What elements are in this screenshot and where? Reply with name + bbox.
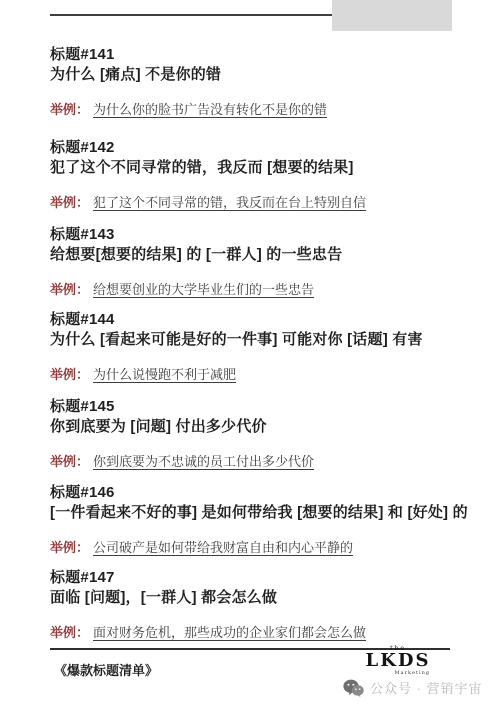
entry-number: 标题#141 [50, 45, 452, 65]
headline-entry: 标题#146 [一件看起来不好的事] 是如何带给我 [想要的结果] 和 [好处]… [50, 483, 452, 557]
footer-document-title: 《爆款标题清单》 [54, 660, 158, 679]
example-label: 举例： [50, 454, 89, 469]
example-text: 公司破产是如何带给我财富自由和内心平静的 [93, 540, 353, 555]
example-label: 举例： [50, 195, 89, 210]
headline-entry: 标题#142 犯了这个不同寻常的错，我反而 [想要的结果] 举例：犯了这个不同寻… [50, 138, 452, 212]
entry-example: 举例：给想要创业的大学毕业生们的一些忠告 [50, 280, 452, 299]
entry-number: 标题#147 [50, 568, 452, 588]
entry-title: [一件看起来不好的事] 是如何带给我 [想要的结果] 和 [好处] 的 [50, 503, 452, 523]
entry-example: 举例：为什么你的脸书广告没有转化不是你的错 [50, 100, 452, 119]
example-text: 面对财务危机，那些成功的企业家们都会怎么做 [93, 625, 366, 640]
entry-title: 面临 [问题]，[一群人] 都会怎么做 [50, 588, 452, 608]
brand-logo: the LKDS Marketing [362, 645, 434, 676]
entry-number: 标题#146 [50, 483, 452, 503]
entry-example: 举例：面对财务危机，那些成功的企业家们都会怎么做 [50, 623, 452, 642]
header-highlight-box [332, 0, 452, 31]
example-text: 犯了这个不同寻常的错，我反而在台上特别自信 [93, 195, 366, 210]
entry-title: 为什么 [痛点] 不是你的错 [50, 65, 452, 85]
entry-example: 举例：公司破产是如何带给我财富自由和内心平静的 [50, 538, 452, 557]
example-text: 给想要创业的大学毕业生们的一些忠告 [93, 282, 314, 297]
entry-example: 举例：你到底要为不忠诚的员工付出多少代价 [50, 452, 452, 471]
header-rule [50, 14, 333, 16]
entry-title: 你到底要为 [问题] 付出多少代价 [50, 417, 452, 437]
example-label: 举例： [50, 367, 89, 382]
entry-example: 举例：为什么说慢跑不利于减肥 [50, 365, 452, 384]
entry-title: 为什么 [看起来可能是好的一件事] 可能对你 [话题] 有害 [50, 330, 452, 350]
headline-entry: 标题#143 给想要[想要的结果] 的 [一群人] 的一些忠告 举例：给想要创业… [50, 225, 452, 299]
headline-entry: 标题#144 为什么 [看起来可能是好的一件事] 可能对你 [话题] 有害 举例… [50, 310, 452, 384]
headline-entry: 标题#147 面临 [问题]，[一群人] 都会怎么做 举例：面对财务危机，那些成… [50, 568, 452, 642]
example-label: 举例： [50, 102, 89, 117]
entry-title: 给想要[想要的结果] 的 [一群人] 的一些忠告 [50, 245, 452, 265]
entry-number: 标题#143 [50, 225, 452, 245]
entry-number: 标题#145 [50, 397, 452, 417]
wechat-icon [343, 679, 364, 697]
example-label: 举例： [50, 625, 89, 640]
entry-number: 标题#144 [50, 310, 452, 330]
entry-number: 标题#142 [50, 138, 452, 158]
example-label: 举例： [50, 282, 89, 297]
watermark-text: 公众号 · 营销宇宙 [370, 678, 483, 697]
example-text: 你到底要为不忠诚的员工付出多少代价 [93, 454, 314, 469]
entry-example: 举例：犯了这个不同寻常的错，我反而在台上特别自信 [50, 193, 452, 212]
example-text: 为什么你的脸书广告没有转化不是你的错 [93, 102, 327, 117]
entry-title: 犯了这个不同寻常的错，我反而 [想要的结果] [50, 158, 452, 178]
brand-logo-name: LKDS [362, 652, 434, 670]
headline-entry: 标题#141 为什么 [痛点] 不是你的错 举例：为什么你的脸书广告没有转化不是… [50, 45, 452, 119]
wechat-watermark: 公众号 · 营销宇宙 [343, 678, 483, 697]
example-label: 举例： [50, 540, 89, 555]
example-text: 为什么说慢跑不利于减肥 [93, 367, 236, 382]
headline-entry: 标题#145 你到底要为 [问题] 付出多少代价 举例：你到底要为不忠诚的员工付… [50, 397, 452, 471]
